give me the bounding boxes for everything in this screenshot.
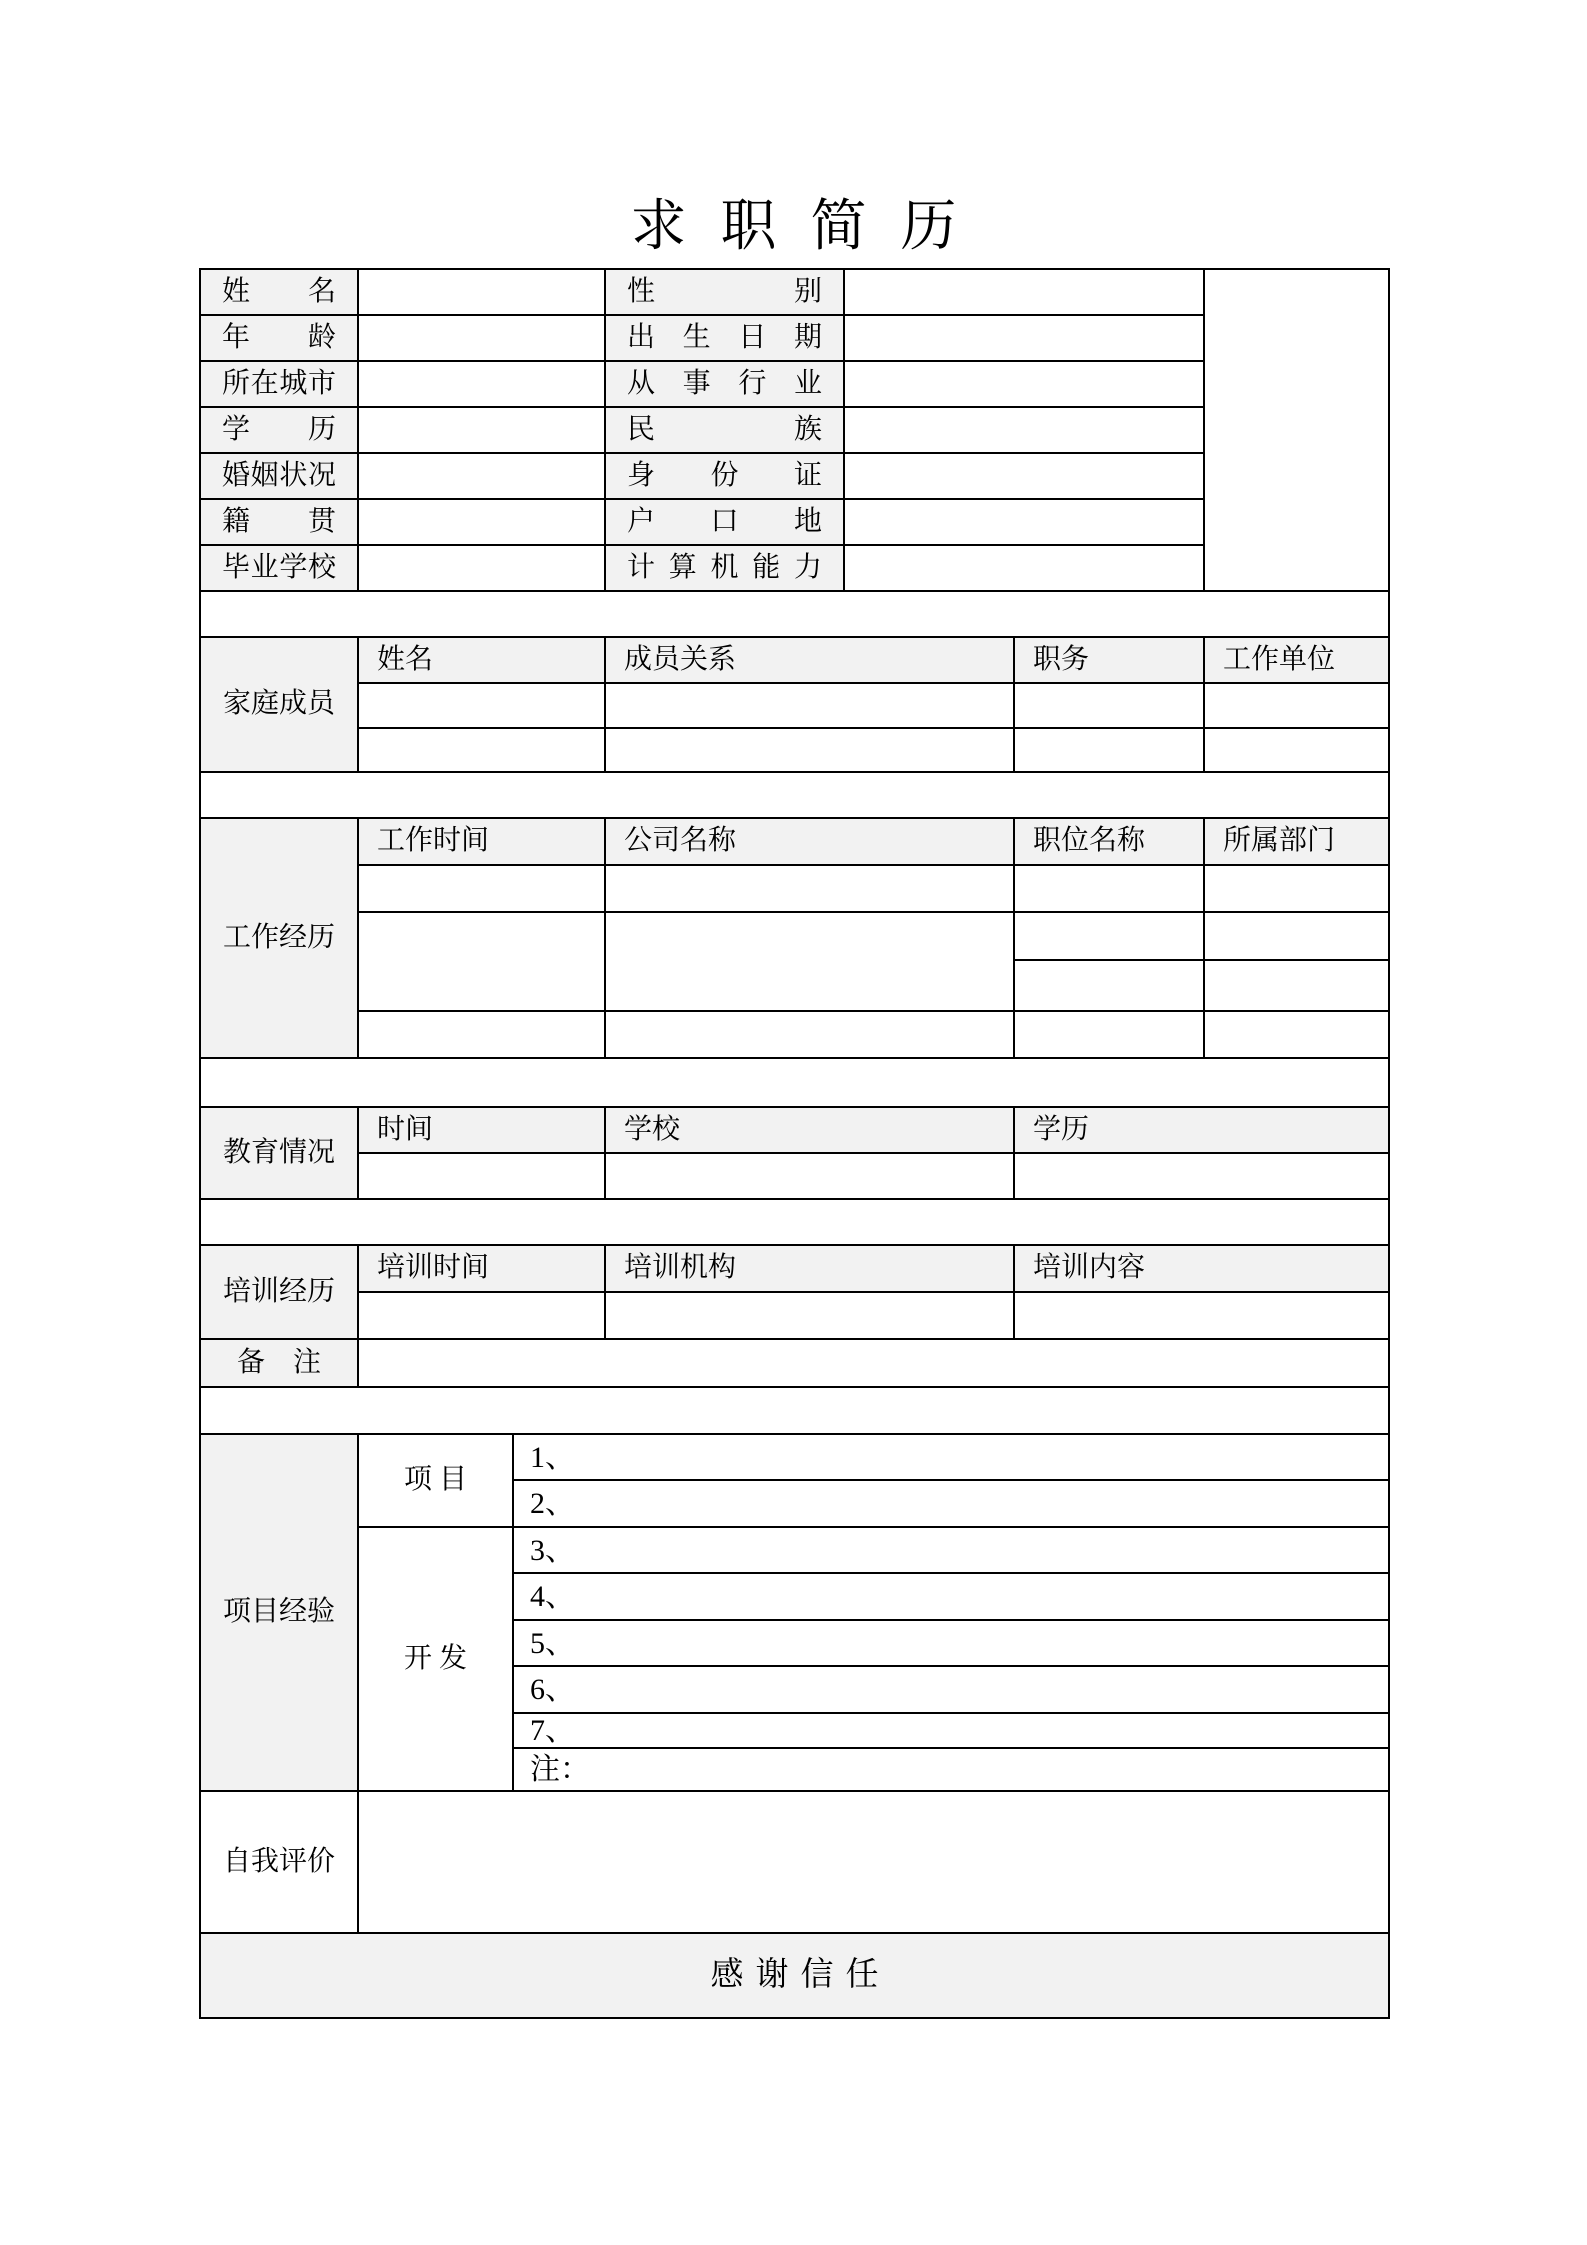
field-native-place[interactable] [358, 499, 605, 545]
field-education[interactable] [358, 407, 605, 453]
project-sublabel-project: 项 目 [358, 1434, 513, 1527]
training-field-time[interactable] [358, 1292, 605, 1339]
label-birthdate: 出生日期 [605, 315, 844, 361]
work-header-period: 工作时间 [358, 818, 605, 865]
project-item-5[interactable]: 5、 [513, 1620, 1389, 1666]
project-item-note[interactable]: 注： [513, 1748, 1389, 1791]
project-item-7[interactable]: 7、 [513, 1713, 1389, 1748]
training-header-time: 培训时间 [358, 1245, 605, 1292]
work-header-title: 职位名称 [1014, 818, 1204, 865]
family-field-name[interactable] [358, 683, 605, 728]
label-education: 学历 [200, 407, 358, 453]
training-field-agency[interactable] [605, 1292, 1014, 1339]
work-field-company[interactable] [605, 912, 1014, 1011]
education-field-time[interactable] [358, 1153, 605, 1199]
section-label-education: 教育情况 [200, 1107, 358, 1199]
project-item-2[interactable]: 2、 [513, 1480, 1389, 1527]
work-field-title[interactable] [1014, 1011, 1204, 1058]
section-label-training: 培训经历 [200, 1245, 358, 1339]
education-field-degree[interactable] [1014, 1153, 1389, 1199]
project-item-4[interactable]: 4、 [513, 1573, 1389, 1620]
family-header-position: 职务 [1014, 637, 1204, 683]
resume-page: 求 职 简 历 姓名 性别 年龄 出生日期 所在城市 从事行业 学历 民族 婚姻… [0, 0, 1587, 2245]
label-marital-status: 婚姻状况 [200, 453, 358, 499]
training-header-agency: 培训机构 [605, 1245, 1014, 1292]
section-label-family: 家庭成员 [200, 637, 358, 772]
work-field-company[interactable] [605, 865, 1014, 912]
work-field-period[interactable] [358, 1011, 605, 1058]
family-field-position[interactable] [1014, 728, 1204, 772]
label-computer-skill: 计算机能力 [605, 545, 844, 591]
project-item-3[interactable]: 3、 [513, 1527, 1389, 1573]
resume-table: 姓名 性别 年龄 出生日期 所在城市 从事行业 学历 民族 婚姻状况 身份证 籍… [199, 268, 1390, 2019]
family-field-name[interactable] [358, 728, 605, 772]
work-field-company[interactable] [605, 1011, 1014, 1058]
family-field-position[interactable] [1014, 683, 1204, 728]
label-school: 毕业学校 [200, 545, 358, 591]
field-birthdate[interactable] [844, 315, 1204, 361]
training-field-content[interactable] [1014, 1292, 1389, 1339]
work-field-title[interactable] [1014, 912, 1204, 960]
field-city[interactable] [358, 361, 605, 407]
field-id-card[interactable] [844, 453, 1204, 499]
family-header-name: 姓名 [358, 637, 605, 683]
family-header-relation: 成员关系 [605, 637, 1014, 683]
work-header-department: 所属部门 [1204, 818, 1389, 865]
work-field-title[interactable] [1014, 865, 1204, 912]
work-field-period[interactable] [358, 865, 605, 912]
education-header-time: 时间 [358, 1107, 605, 1153]
work-field-department[interactable] [1204, 865, 1389, 912]
section-separator [200, 772, 1389, 818]
family-header-employer: 工作单位 [1204, 637, 1389, 683]
label-age: 年龄 [200, 315, 358, 361]
section-label-self-evaluation: 自我评价 [200, 1791, 358, 1933]
section-separator [200, 591, 1389, 637]
label-native-place: 籍贯 [200, 499, 358, 545]
education-field-school[interactable] [605, 1153, 1014, 1199]
field-marital-status[interactable] [358, 453, 605, 499]
section-label-work: 工作经历 [200, 818, 358, 1058]
project-item-6[interactable]: 6、 [513, 1666, 1389, 1713]
family-field-employer[interactable] [1204, 728, 1389, 772]
section-separator [200, 1058, 1389, 1107]
work-field-title[interactable] [1014, 960, 1204, 1011]
label-name: 姓名 [200, 269, 358, 315]
field-name[interactable] [358, 269, 605, 315]
label-industry: 从事行业 [605, 361, 844, 407]
field-ethnicity[interactable] [844, 407, 1204, 453]
label-city: 所在城市 [200, 361, 358, 407]
project-sublabel-development: 开 发 [358, 1527, 513, 1791]
field-household[interactable] [844, 499, 1204, 545]
section-separator [200, 1199, 1389, 1245]
page-title: 求 职 简 历 [0, 192, 1587, 262]
remark-field[interactable] [358, 1339, 1389, 1387]
photo-area[interactable] [1204, 269, 1389, 591]
field-industry[interactable] [844, 361, 1204, 407]
family-field-relation[interactable] [605, 728, 1014, 772]
education-header-degree: 学历 [1014, 1107, 1389, 1153]
section-label-project: 项目经验 [200, 1434, 358, 1791]
education-header-school: 学校 [605, 1107, 1014, 1153]
work-field-department[interactable] [1204, 960, 1389, 1011]
label-ethnicity: 民族 [605, 407, 844, 453]
work-field-department[interactable] [1204, 912, 1389, 960]
project-item-1[interactable]: 1、 [513, 1434, 1389, 1480]
label-household: 户口地 [605, 499, 844, 545]
self-evaluation-field[interactable] [358, 1791, 1389, 1933]
work-field-department[interactable] [1204, 1011, 1389, 1058]
work-header-company: 公司名称 [605, 818, 1014, 865]
field-school[interactable] [358, 545, 605, 591]
label-gender: 性别 [605, 269, 844, 315]
field-age[interactable] [358, 315, 605, 361]
training-header-content: 培训内容 [1014, 1245, 1389, 1292]
field-computer-skill[interactable] [844, 545, 1204, 591]
label-id-card: 身份证 [605, 453, 844, 499]
work-field-period[interactable] [358, 912, 605, 1011]
section-label-remark: 备 注 [200, 1339, 358, 1387]
field-gender[interactable] [844, 269, 1204, 315]
family-field-employer[interactable] [1204, 683, 1389, 728]
section-separator [200, 1387, 1389, 1434]
family-field-relation[interactable] [605, 683, 1014, 728]
footer-thanks: 感谢信任 [200, 1933, 1389, 2018]
